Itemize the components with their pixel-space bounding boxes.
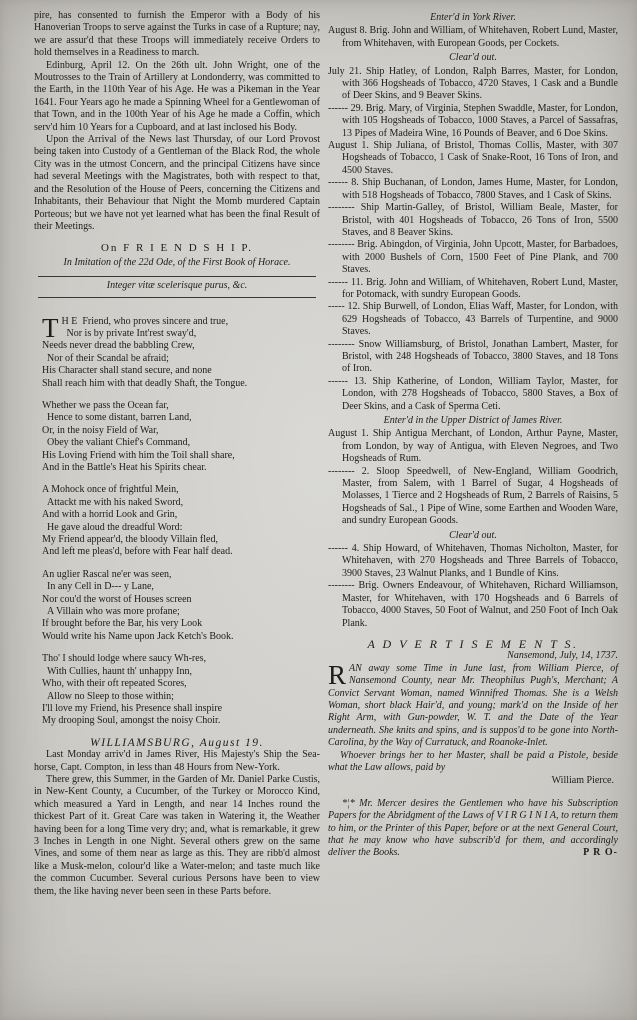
news-paragraph: Last Monday arriv'd in James River, His … <box>34 749 320 774</box>
shipping-entry: -------- Ship Martin-Galley, of Bristol,… <box>328 202 618 239</box>
williamsburg-dateline: WILLIAMSBURG, August 19. <box>34 737 320 749</box>
poem-stanza: Tho' I should lodge where saucy Wh-res, … <box>42 643 320 727</box>
shipping-entry: -------- Snow Williamsburg, of Bristol, … <box>328 339 618 376</box>
poem-stanza: A Mohock once of frightful Mein, Attackt… <box>42 474 320 558</box>
poem-stanza: TH E Friend, who proves sincere and true… <box>42 306 320 390</box>
shipping-section-heading: Clear'd out. <box>328 52 618 64</box>
ad-signature: William Pierce. <box>328 775 618 787</box>
shipping-entry: August 8. Brig. John and William, of Whi… <box>328 25 618 50</box>
shipping-entry: ------ 11. Brig. John and William, of Wh… <box>328 277 618 302</box>
drop-cap-letter: R <box>328 663 349 686</box>
shipping-entry: August 1. Ship Juliana, of Bristol, Thom… <box>328 140 618 177</box>
poem-stanza: Whether we pass the Ocean far, Hence to … <box>42 390 320 474</box>
left-column: pire, has consented to furnish the Emper… <box>34 10 320 898</box>
shipping-entry: -------- 2. Sloop Speedwell, of New-Engl… <box>328 466 618 528</box>
shipping-entry: ------ 13. Ship Katherine, of London, Wi… <box>328 376 618 413</box>
runaway-ad-paragraph: RAN away some Time in June last, from Wi… <box>328 663 618 750</box>
shipping-entry: ------ 29. Brig. Mary, of Virginia, Step… <box>328 103 618 140</box>
news-paragraph: pire, has consented to furnish the Emper… <box>34 10 320 60</box>
poem-stanza: An uglier Rascal ne'er was seen, In any … <box>42 559 320 643</box>
news-paragraph: Edinburg, April 12. On the 26th ult. Joh… <box>34 60 320 134</box>
shipping-entry: ------ 8. Ship Buchanan, of London, Jame… <box>328 177 618 202</box>
newspaper-page: { "page": { "left_column": { "blocks": [… <box>0 0 637 1020</box>
shipping-entry: July 21. Ship Hatley, of London, Ralph B… <box>328 66 618 103</box>
right-column: Enter'd in York River.August 8. Brig. Jo… <box>328 10 618 860</box>
news-paragraph: Upon the Arrival of the News last Thursd… <box>34 134 320 233</box>
latin-motto: Integer vitæ scelerisque purus, &c. <box>38 276 316 297</box>
friendship-heading: On F R I E N D S H I P. <box>34 242 320 254</box>
shipping-entry: ------ 4. Ship Howard, of Whitehaven, Th… <box>328 543 618 580</box>
drop-cap-letter: T <box>42 316 62 339</box>
imitation-subheading: In Imitation of the 22d Ode, of the Firs… <box>34 257 320 269</box>
news-paragraph: There grew, this Summer, in the Garden o… <box>34 774 320 898</box>
ad-dateline: Nansemond, July, 14, 1737. <box>328 650 618 662</box>
shipping-entry: -------- Brig. Owners Endeavour, of Whit… <box>328 580 618 630</box>
reward-paragraph: Whoever brings her to her Master, shall … <box>328 750 618 775</box>
shipping-section-heading: Clear'd out. <box>328 530 618 542</box>
shipping-entry: ----- 12. Ship Burwell, of London, Elias… <box>328 301 618 338</box>
shipping-section-heading: Enter'd in York River. <box>328 12 618 24</box>
shipping-entry: August 1. Ship Antigua Merchant, of Lond… <box>328 428 618 465</box>
advertisements-heading: A D V E R T I S E M E N T S. <box>328 638 618 650</box>
shipping-section-heading: Enter'd in the Upper District of James R… <box>328 415 618 427</box>
shipping-entry: -------- Brig. Abingdon, of Virginia, Jo… <box>328 239 618 276</box>
